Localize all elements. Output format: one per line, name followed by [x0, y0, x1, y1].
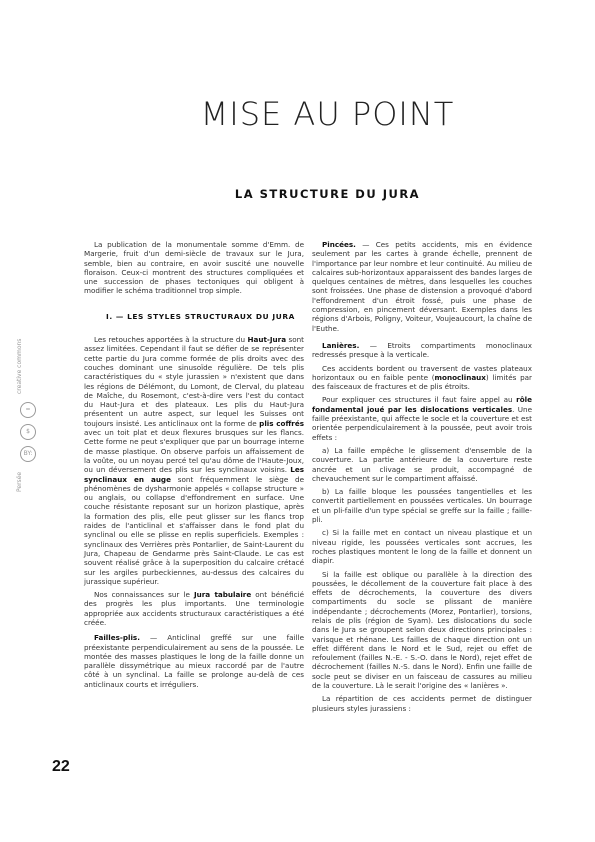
section-kicker: MISE AU POINT	[0, 95, 595, 133]
paragraph: Pour expliquer ces structures il faut fa…	[312, 395, 532, 441]
paragraph: Les retouches apportées à la structure d…	[84, 335, 304, 586]
paragraph: Pincées. — Ces petits accidents, mis en …	[312, 240, 532, 333]
paragraph: La répartition de ces accidents permet d…	[312, 694, 532, 713]
paragraph: c) Si la faille met en contact un niveau…	[312, 528, 532, 565]
section-heading: I. — LES STYLES STRUCTURAUX DU JURA	[106, 312, 304, 321]
paragraph: Si la faille est oblique ou parallèle à …	[312, 570, 532, 691]
paragraph: Ces accidents bordent ou traversent de v…	[312, 364, 532, 392]
right-column: Pincées. — Ces petits accidents, mis en …	[312, 240, 532, 717]
paragraph: Failles-plis. — Anticlinal greffé sur un…	[84, 633, 304, 689]
by-icon: BY:	[20, 446, 36, 462]
paragraph: Nos connaissances sur le Jura tabulaire …	[84, 590, 304, 627]
brand-text: creative commons	[16, 339, 23, 394]
paragraph: b) La faille bloque les poussées tangent…	[312, 487, 532, 524]
nd-icon: =	[20, 402, 36, 418]
page-number: 22	[52, 758, 70, 776]
paragraph: Lanières. — Etroits compartiments monocl…	[312, 341, 532, 360]
paragraph: a) La faille empêche le glissement d'ens…	[312, 446, 532, 483]
nc-icon: $	[20, 424, 36, 440]
intro-paragraph: La publication de la monumentale somme d…	[84, 240, 304, 296]
persee-label: Persée	[16, 472, 23, 492]
article-title: LA STRUCTURE DU JURA	[0, 187, 595, 201]
creative-commons-badge[interactable]: creative commons = $ BY: Persée	[14, 360, 48, 500]
left-column: La publication de la monumentale somme d…	[84, 240, 304, 693]
